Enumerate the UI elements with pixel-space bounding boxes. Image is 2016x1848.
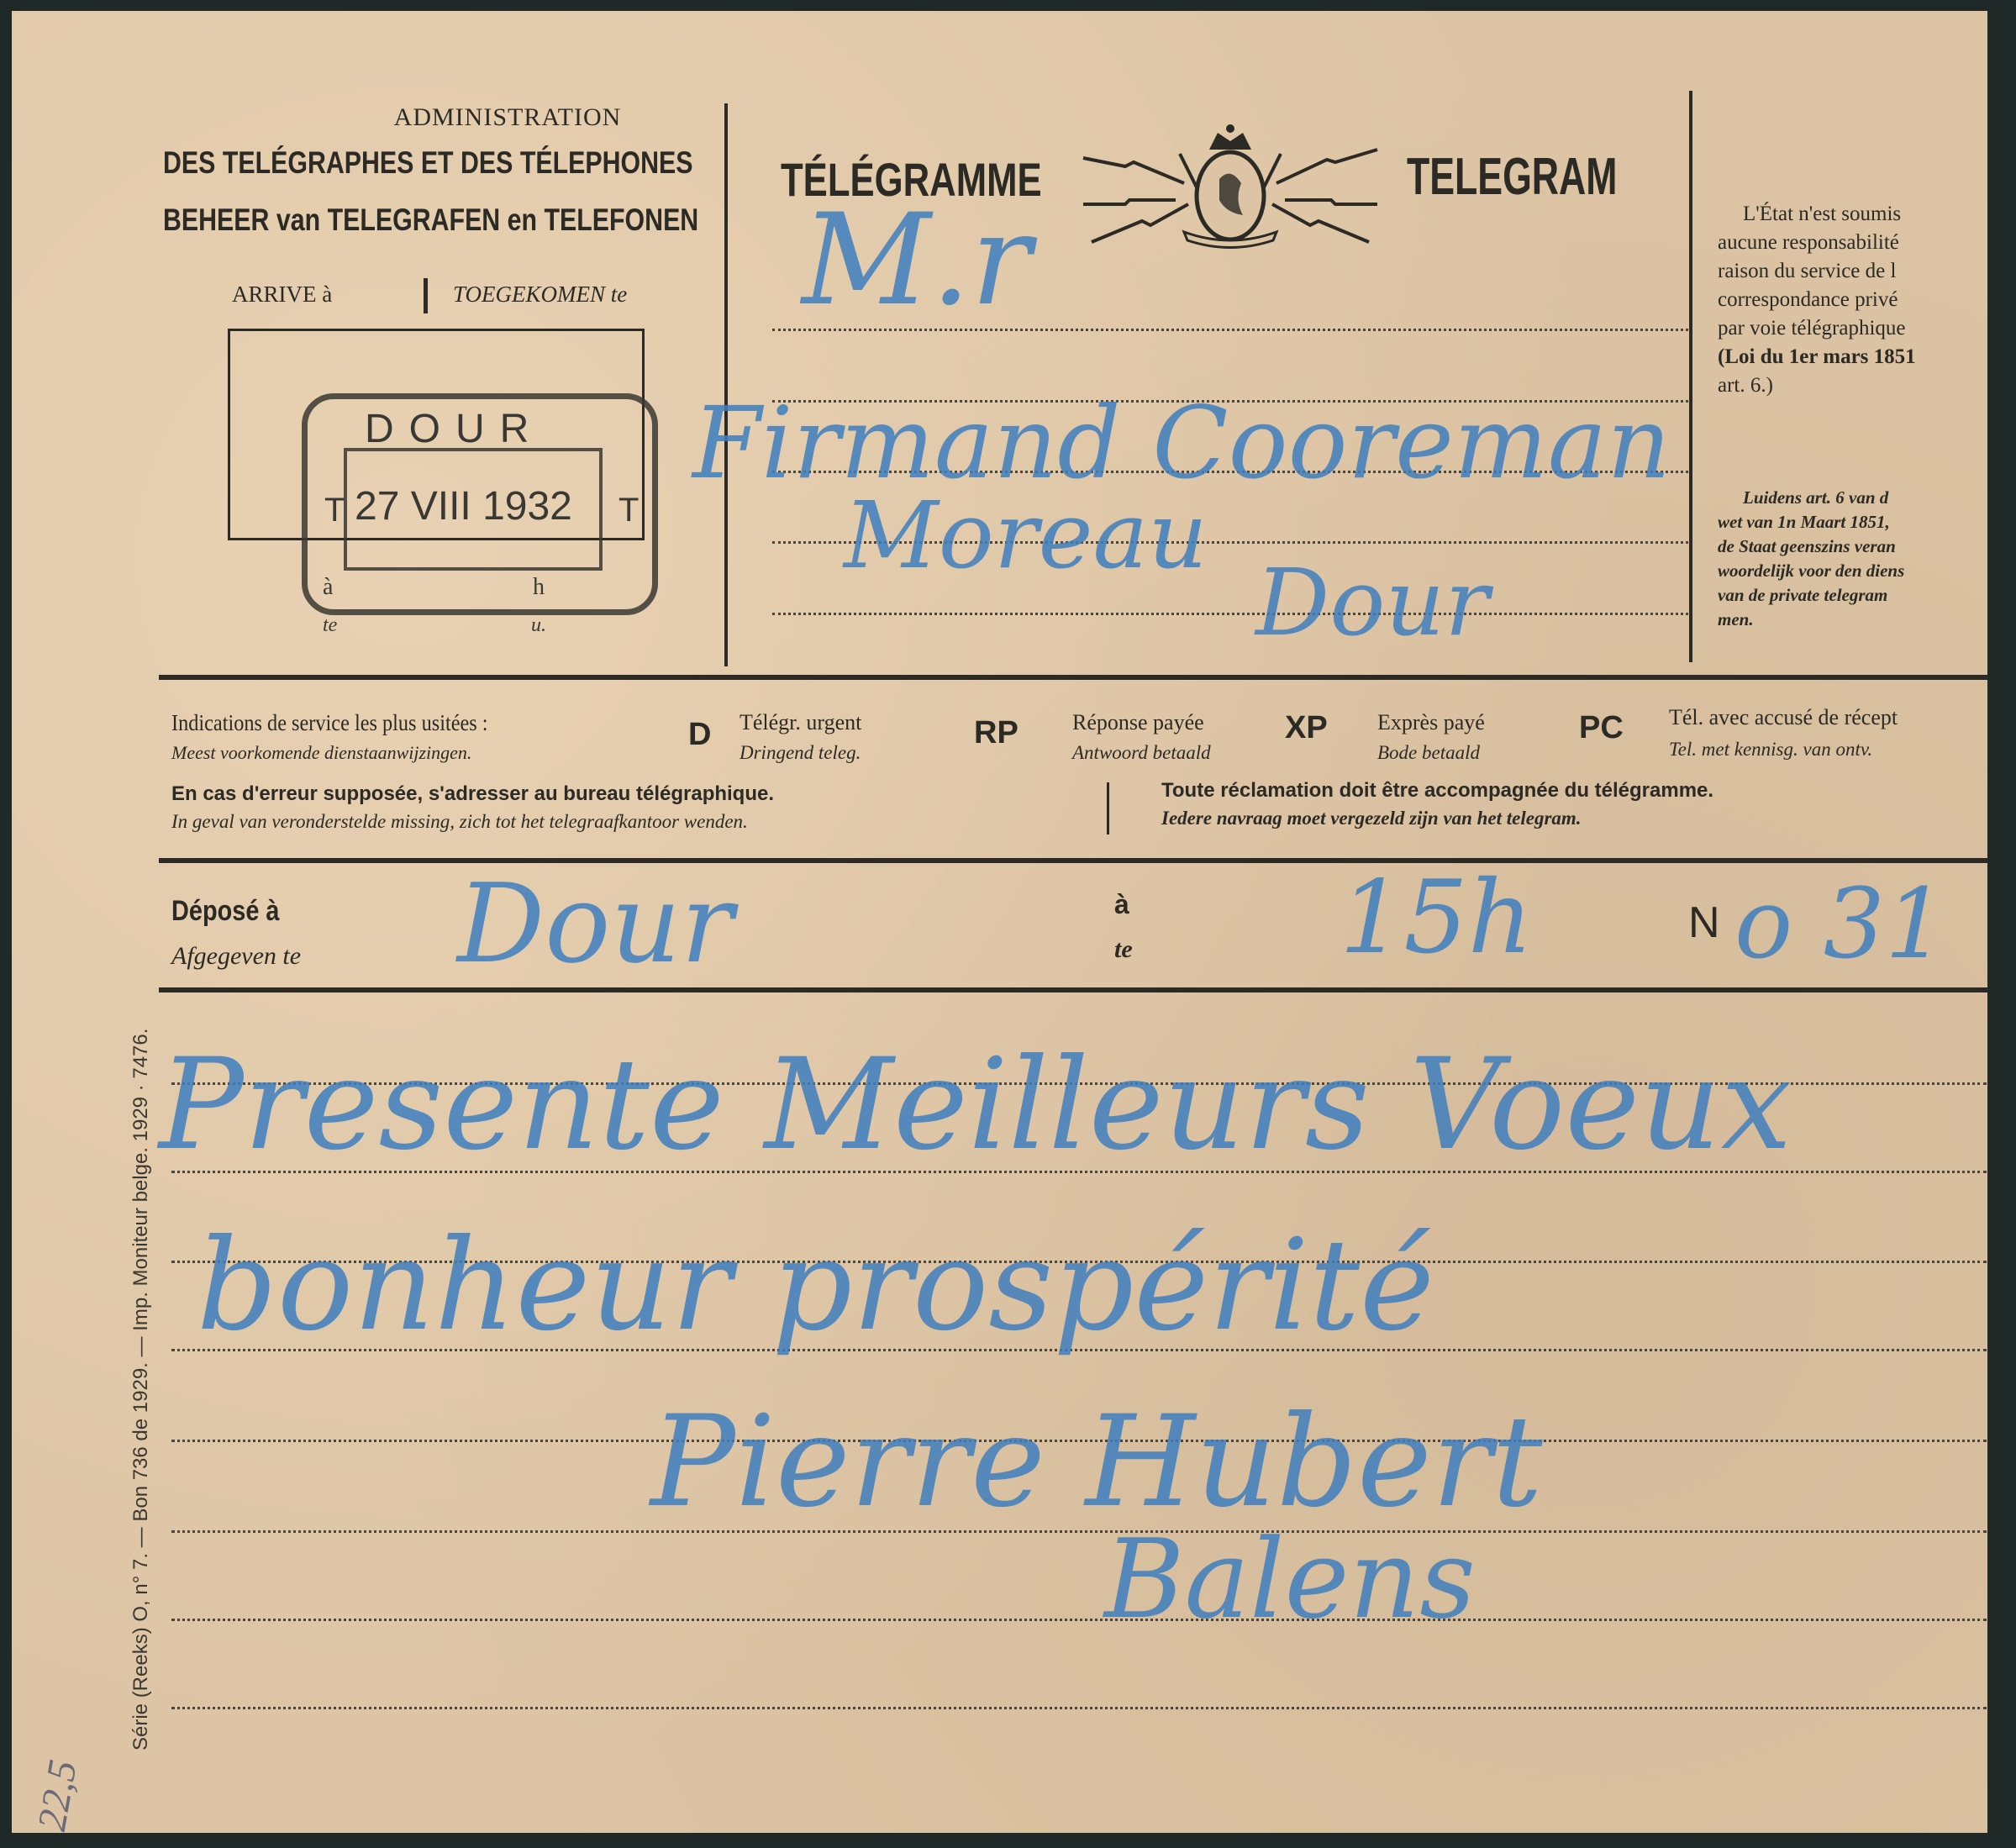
deposit-rule-top (159, 858, 1987, 863)
administration-label: ADMINISTRATION (289, 103, 726, 132)
disclaimer-nl: Luidens art. 6 van d wet van 1n Maart 18… (1718, 486, 1995, 632)
service-rp-nl: Antwoord betaald (1072, 742, 1211, 764)
postmark-dotted (335, 609, 512, 611)
service-intro-nl: Meest voorkomende dienstaanwijzingen. (171, 742, 471, 764)
message-signature-place: Balens (1104, 1515, 1476, 1643)
header-divider-right (1689, 91, 1692, 662)
address-town: Dour (1255, 549, 1489, 656)
disclaimer-nl-line: woordelijk voor den diens (1718, 559, 1995, 583)
disclaimer-nl-line: de Staat geenszins veran (1718, 534, 1995, 559)
disclaimer-fr: L'État n'est soumis aucune responsabilit… (1718, 200, 1995, 400)
pencil-note: 22,5 (29, 1756, 87, 1834)
address-title: M.r (802, 187, 1031, 334)
postmark-side-left: T (324, 492, 345, 529)
service-intro-fr: Indications de service les plus usitées … (171, 710, 488, 736)
disclaimer-fr-line: raison du service de l (1718, 257, 1995, 286)
message-text-line-2: bonheur prospérité (197, 1213, 1434, 1359)
disclaimer-fr-line: aucune responsabilité (1718, 229, 1995, 257)
disclaimer-fr-line: L'État n'est soumis (1718, 200, 1995, 229)
service-xp-nl: Bode betaald (1377, 742, 1480, 764)
disclaimer-fr-line: correspondance privé (1718, 286, 1995, 314)
disclaimer-fr-line: art. 6.) (1718, 371, 1995, 400)
arrive-fr-label: ARRIVE à (232, 282, 332, 308)
postmark-te-label: te (323, 614, 337, 637)
postmark-date: 27 VIII 1932 (355, 483, 572, 529)
disclaimer-nl-line: wet van 1n Maart 1851, (1718, 510, 1995, 534)
deposit-rule-bottom (159, 987, 1987, 992)
service-xp-fr: Exprès payé (1377, 710, 1485, 735)
postmark-side-right: T (618, 492, 639, 529)
disclaimer-nl-line: men. (1718, 608, 1995, 632)
arrive-nl-label: TOEGEKOMEN te (453, 282, 627, 308)
service-code-rp: RP (974, 715, 1019, 751)
service-code-d: D (688, 717, 711, 753)
disclaimer-fr-line: par voie télégraphique (1718, 314, 1995, 343)
message-line-8 (171, 1707, 1987, 1709)
service-d-nl: Dringend teleg. (740, 742, 861, 764)
belgian-coat-of-arms-icon (1075, 116, 1386, 250)
printer-imprint: Série (Reeks) O, n° 7. — Bon 736 de 1929… (129, 1029, 153, 1751)
deposit-time: 15h (1340, 860, 1533, 977)
service-pc-fr: Tél. avec accusé de récept (1669, 705, 1988, 730)
disclaimer-nl-line: van de private telegram (1718, 583, 1995, 608)
message-signature: Pierre Hubert (650, 1389, 1543, 1535)
deposit-label-fr: Déposé à (171, 895, 280, 928)
service-d-fr: Télégr. urgent (740, 710, 861, 735)
message-text-line-1: Presente Meilleurs Voeux (159, 1032, 1792, 1178)
postmark-a-label: à (323, 574, 333, 601)
claim-notice-nl: Iedere navraag moet vergezeld zijn van h… (1161, 808, 1582, 829)
postmark-town: DOUR (365, 406, 544, 452)
postmark-u-label: u. (531, 614, 546, 637)
claim-notice-fr: Toute réclamation doit être accompagnée … (1161, 779, 1713, 803)
address-street: Moreau (844, 482, 1208, 589)
service-code-pc: PC (1579, 710, 1624, 746)
telegram-form: ADMINISTRATION DES TELÉGRAPHES ET DES TÉ… (12, 11, 1987, 1833)
error-notice-nl: In geval van veronderstelde missing, zic… (171, 811, 748, 833)
service-code-xp: XP (1285, 710, 1328, 746)
address-line-5 (772, 613, 1688, 615)
service-pc-nl: Tel. met kennisg. van ontv. (1669, 739, 1872, 761)
message-line-7 (171, 1619, 1987, 1621)
disclaimer-fr-line: (Loi du 1er mars 1851 (1718, 343, 1995, 371)
notice-divider (1107, 782, 1109, 834)
header-line-nl: BEHEER van TELEGRAFEN en TELEFONEN (163, 203, 698, 238)
error-notice-fr: En cas d'erreur supposée, s'adresser au … (171, 782, 774, 806)
deposit-number-label: N (1688, 898, 1720, 948)
section-rule-top (159, 675, 1987, 680)
service-rp-fr: Réponse payée (1072, 710, 1204, 735)
deposit-number: o 31 (1734, 868, 1946, 981)
deposit-label-nl: Afgegeven te (171, 942, 301, 971)
postmark-h-label: h (533, 574, 545, 601)
arrive-divider (424, 278, 428, 313)
header-line-fr: DES TELÉGRAPHES ET DES TÉLEPHONES (163, 145, 693, 181)
deposit-place: Dour (457, 860, 733, 987)
disclaimer-nl-line: Luidens art. 6 van d (1718, 486, 1995, 510)
deposit-at-nl: te (1114, 935, 1133, 964)
deposit-at-fr: à (1114, 889, 1129, 920)
title-nl: TELEGRAM (1407, 147, 1617, 207)
